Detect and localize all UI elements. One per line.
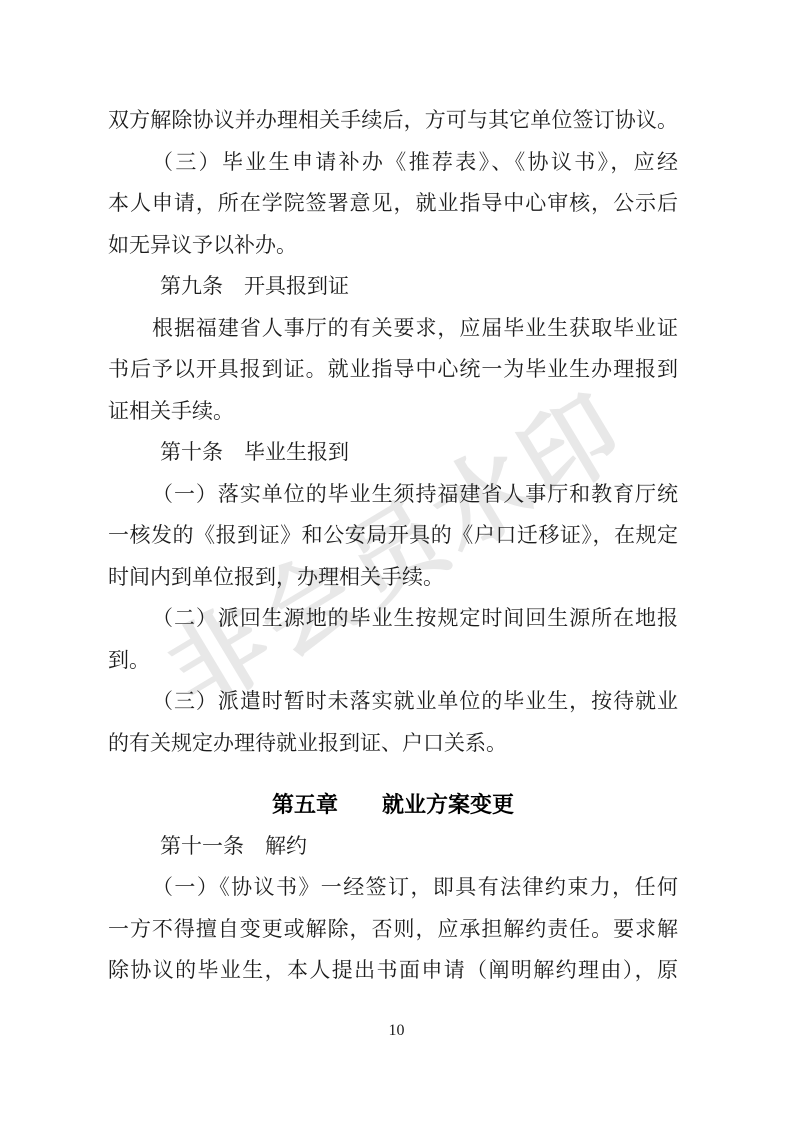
document-line: 如无异议予以补办。 bbox=[108, 225, 678, 267]
document-line: （三）毕业生申请补办《推荐表》、《协议书》，应经 bbox=[108, 142, 678, 184]
document-line: 证相关手续。 bbox=[108, 391, 678, 433]
document-line: 到。 bbox=[108, 640, 678, 682]
chapter-heading: 第五章 就业方案变更 bbox=[108, 784, 678, 826]
page-number: 10 bbox=[0, 1022, 793, 1040]
article-heading: 第十一条 解约 bbox=[108, 826, 678, 868]
document-line: 书后予以开具报到证。就业指导中心统一为毕业生办理报到 bbox=[108, 349, 678, 391]
document-page: 非会员水印 双方解除协议并办理相关手续后，方可与其它单位签订协议。 （三）毕业生… bbox=[0, 0, 793, 1122]
document-line: 一核发的《报到证》和公安局开具的《户口迁移证》，在规定 bbox=[108, 515, 678, 557]
article-heading: 第十条 毕业生报到 bbox=[108, 432, 678, 474]
document-line: （一）落实单位的毕业生须持福建省人事厅和教育厅统 bbox=[108, 474, 678, 516]
document-line: 一方不得擅自变更或解除，否则，应承担解约责任。要求解 bbox=[108, 909, 678, 951]
document-line: 根据福建省人事厅的有关要求，应届毕业生获取毕业证 bbox=[108, 308, 678, 350]
article-heading: 第九条 开具报到证 bbox=[108, 266, 678, 308]
document-line: （一）《协议书》一经签订，即具有法律约束力，任何 bbox=[108, 867, 678, 909]
document-line: 时间内到单位报到，办理相关手续。 bbox=[108, 557, 678, 599]
document-line: 除协议的毕业生，本人提出书面申请（阐明解约理由），原 bbox=[108, 950, 678, 992]
document-line: 双方解除协议并办理相关手续后，方可与其它单位签订协议。 bbox=[108, 100, 678, 142]
document-line: 本人申请，所在学院签署意见，就业指导中心审核，公示后 bbox=[108, 183, 678, 225]
document-body: 双方解除协议并办理相关手续后，方可与其它单位签订协议。 （三）毕业生申请补办《推… bbox=[108, 100, 678, 992]
document-line: （三）派遣时暂时未落实就业单位的毕业生，按待就业 bbox=[108, 681, 678, 723]
document-line: （二）派回生源地的毕业生按规定时间回生源所在地报 bbox=[108, 598, 678, 640]
document-line: 的有关规定办理待就业报到证、户口关系。 bbox=[108, 723, 678, 765]
